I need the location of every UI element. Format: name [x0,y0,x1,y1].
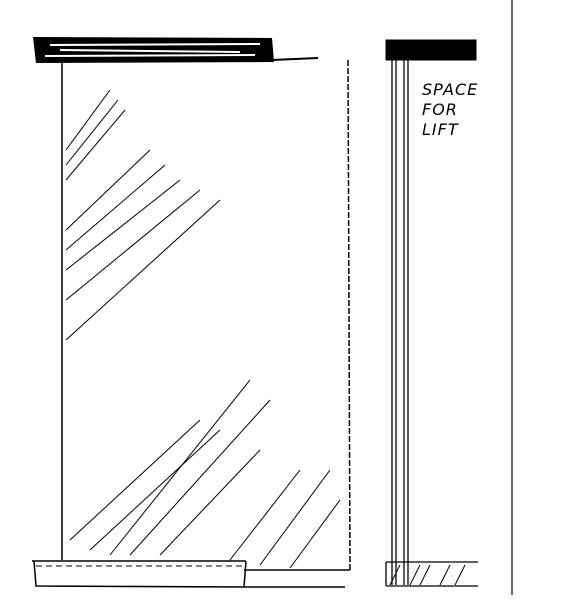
annotation-line-1: SPACE [422,80,478,99]
annotation-line-3: LIFT [422,120,459,139]
glass-pane [62,60,350,570]
sill [32,561,345,587]
annotation-line-2: FOR [422,100,458,119]
head-beam [33,37,318,63]
window-sketch [0,0,564,604]
